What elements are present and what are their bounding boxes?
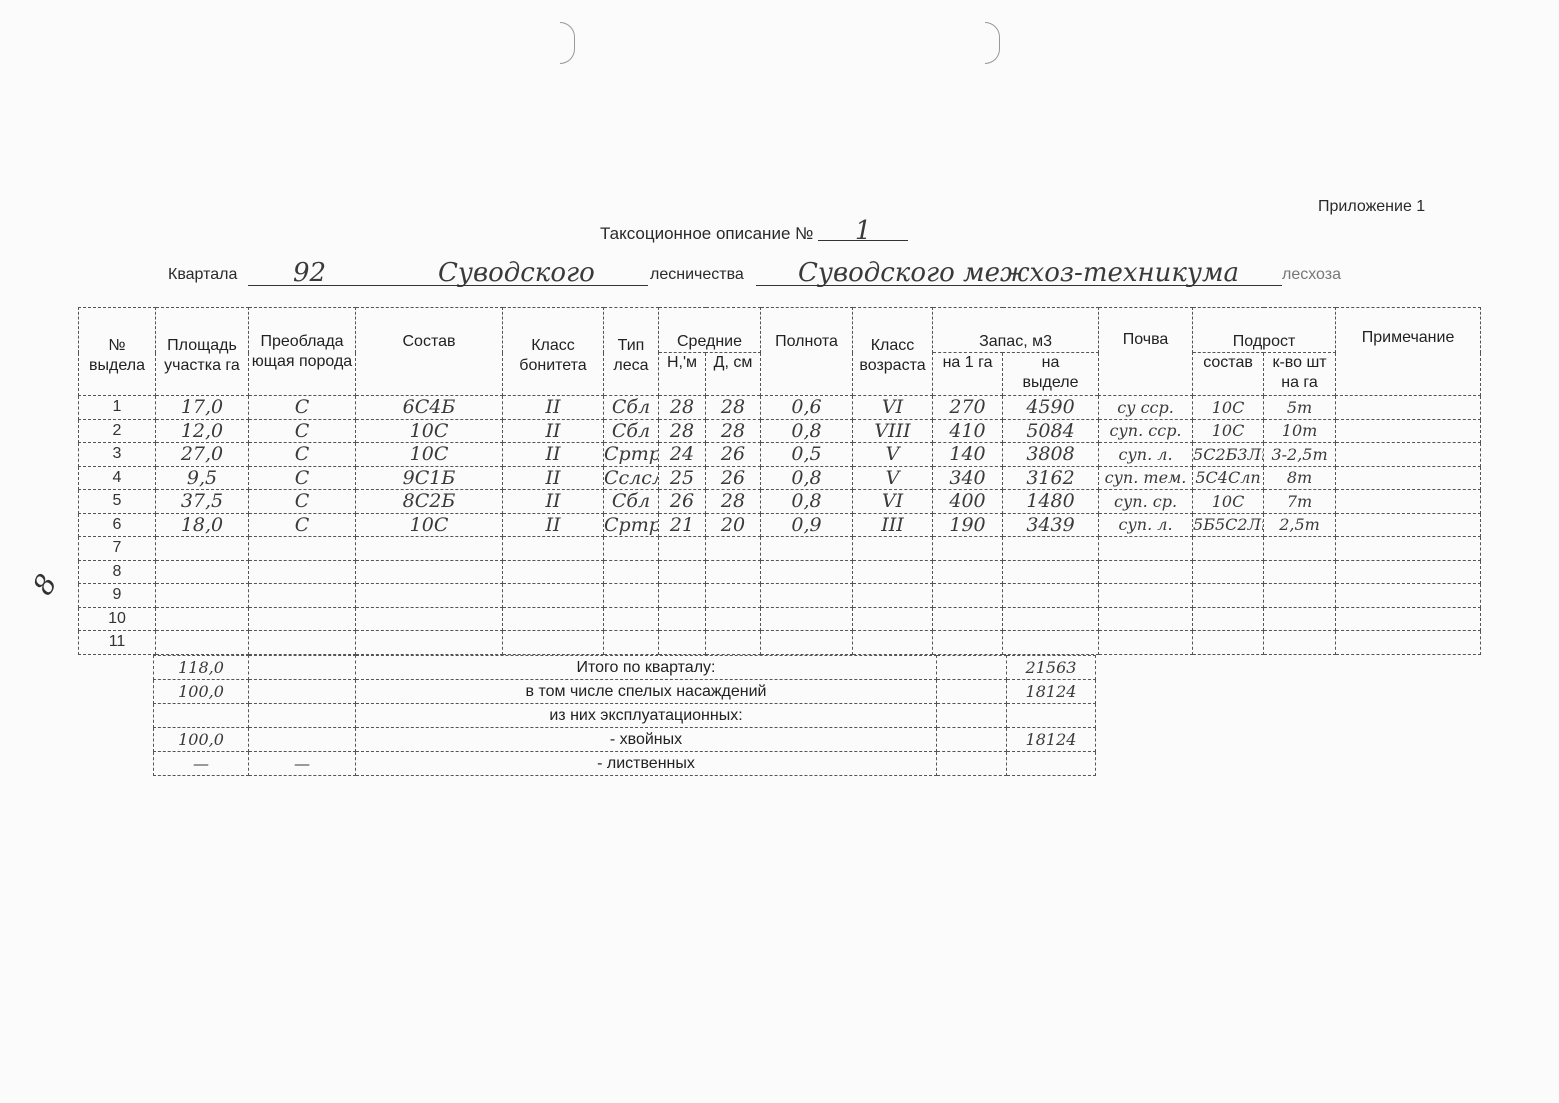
cell-forest-type (604, 560, 659, 584)
summary-stock (1007, 752, 1096, 776)
cell-diameter: 20 (706, 513, 761, 537)
cell-age-class (853, 584, 933, 608)
summary-stock: 18124 (1007, 680, 1096, 704)
header-ug-composition: состав (1193, 353, 1264, 396)
summary-blank (937, 656, 1007, 680)
cell-species: С (249, 513, 356, 537)
cell-density (761, 537, 853, 561)
cell-forest-type (604, 607, 659, 631)
cell-species (249, 560, 356, 584)
cell-density (761, 631, 853, 655)
cell-height (659, 560, 706, 584)
cell-vydel-number: 11 (79, 631, 156, 655)
header-averages: Средние (659, 308, 761, 353)
cell-area: 17,0 (156, 396, 249, 420)
cell-stock-per-vydel (1003, 537, 1099, 561)
kvartal-value: 92 (293, 258, 326, 288)
cell-stock-per-ha (933, 631, 1003, 655)
header-age-class: Класс возраста (853, 308, 933, 396)
table-row: 11 (79, 631, 1481, 655)
summary-label: из них эксплуатационных: (356, 704, 937, 728)
cell-note (1336, 443, 1481, 467)
cell-undergrowth-count (1264, 560, 1336, 584)
cell-soil (1099, 537, 1193, 561)
header-stock-per-vydel: на выделе (1003, 353, 1099, 396)
cell-undergrowth-composition (1193, 631, 1264, 655)
cell-height: 28 (659, 419, 706, 443)
cell-undergrowth-composition: 10С (1193, 396, 1264, 420)
summary-area: — (154, 752, 249, 776)
cell-stock-per-vydel (1003, 631, 1099, 655)
cell-density: 0,8 (761, 419, 853, 443)
punch-hole-left (560, 22, 575, 64)
cell-species (249, 584, 356, 608)
cell-area: 12,0 (156, 419, 249, 443)
summary-row: из них эксплуатационных: (154, 704, 1096, 728)
cell-vydel-number: 6 (79, 513, 156, 537)
cell-undergrowth-composition: 10С (1193, 490, 1264, 514)
cell-area (156, 560, 249, 584)
summary-label: - хвойных (356, 728, 937, 752)
cell-bonitet: II (503, 466, 604, 490)
summary-area: 100,0 (154, 728, 249, 752)
cell-vydel-number: 8 (79, 560, 156, 584)
cell-stock-per-vydel: 1480 (1003, 490, 1099, 514)
cell-diameter (706, 537, 761, 561)
summary-col2 (249, 728, 356, 752)
cell-stock-per-ha: 190 (933, 513, 1003, 537)
cell-bonitet: II (503, 490, 604, 514)
punch-hole-right (985, 22, 1000, 64)
cell-soil: су сср. (1099, 396, 1193, 420)
cell-vydel-number: 5 (79, 490, 156, 514)
summary-col2 (249, 656, 356, 680)
table-row: 49,5С9С1БIIСслсл25260,8V3403162суп. тем.… (79, 466, 1481, 490)
cell-bonitet: II (503, 513, 604, 537)
cell-stock-per-ha (933, 537, 1003, 561)
cell-soil: суп. л. (1099, 513, 1193, 537)
cell-stock-per-ha: 340 (933, 466, 1003, 490)
table-row: 7 (79, 537, 1481, 561)
summary-row: 118,0Итого по кварталу:21563 (154, 656, 1096, 680)
summary-table: 118,0Итого по кварталу:21563100,0в том ч… (153, 655, 1096, 776)
summary-col2: — (249, 752, 356, 776)
cell-species: С (249, 419, 356, 443)
cell-forest-type (604, 631, 659, 655)
summary-label: в том числе спелых насаждений (356, 680, 937, 704)
cell-area (156, 631, 249, 655)
cell-species: С (249, 490, 356, 514)
subtitle-row: Квартала 92 Суводского лесничества Сувод… (168, 258, 1368, 288)
summary-row: 100,0- хвойных18124 (154, 728, 1096, 752)
kvartal-underline (248, 285, 648, 286)
cell-diameter: 28 (706, 396, 761, 420)
cell-stock-per-vydel (1003, 584, 1099, 608)
cell-area (156, 537, 249, 561)
summary-area (154, 704, 249, 728)
cell-diameter: 28 (706, 490, 761, 514)
cell-area (156, 607, 249, 631)
cell-stock-per-vydel (1003, 607, 1099, 631)
cell-species (249, 537, 356, 561)
cell-diameter (706, 607, 761, 631)
cell-stock-per-vydel (1003, 560, 1099, 584)
cell-note (1336, 584, 1481, 608)
header-soil: Почва (1099, 308, 1193, 396)
cell-undergrowth-composition (1193, 560, 1264, 584)
cell-area: 27,0 (156, 443, 249, 467)
cell-diameter (706, 584, 761, 608)
cell-bonitet (503, 631, 604, 655)
cell-species: С (249, 466, 356, 490)
summary-area: 100,0 (154, 680, 249, 704)
cell-undergrowth-composition (1193, 607, 1264, 631)
cell-height (659, 607, 706, 631)
cell-note (1336, 419, 1481, 443)
cell-composition: 6С4Б (356, 396, 503, 420)
cell-note (1336, 631, 1481, 655)
cell-bonitet: II (503, 396, 604, 420)
cell-density (761, 584, 853, 608)
cell-forest-type: Сбл (604, 419, 659, 443)
cell-stock-per-vydel: 5084 (1003, 419, 1099, 443)
cell-soil: суп. л. (1099, 443, 1193, 467)
summary-row: 100,0в том числе спелых насаждений18124 (154, 680, 1096, 704)
cell-age-class: VIII (853, 419, 933, 443)
cell-bonitet (503, 537, 604, 561)
leskhoz-underline (756, 285, 1282, 286)
title-number: 1 (818, 222, 908, 241)
cell-density: 0,9 (761, 513, 853, 537)
cell-height (659, 537, 706, 561)
cell-undergrowth-count: 10т (1264, 419, 1336, 443)
cell-soil: суп. тем. (1099, 466, 1193, 490)
cell-undergrowth-count (1264, 584, 1336, 608)
header-note: Примечание (1336, 308, 1481, 396)
cell-composition (356, 631, 503, 655)
header-height: Н,'м (659, 353, 706, 396)
cell-composition: 10С (356, 419, 503, 443)
margin-mark: 8 (26, 569, 63, 601)
cell-composition (356, 560, 503, 584)
cell-undergrowth-count: 3-2,5т (1264, 443, 1336, 467)
cell-height: 25 (659, 466, 706, 490)
cell-undergrowth-count: 8т (1264, 466, 1336, 490)
cell-age-class: III (853, 513, 933, 537)
summary-blank (937, 752, 1007, 776)
cell-stock-per-ha: 140 (933, 443, 1003, 467)
cell-stock-per-vydel: 3808 (1003, 443, 1099, 467)
header-vydel: № выдела (79, 308, 156, 396)
cell-vydel-number: 9 (79, 584, 156, 608)
header-stock-per-ha: на 1 га (933, 353, 1003, 396)
cell-undergrowth-count (1264, 631, 1336, 655)
header-ug-count: к-во шт на га (1264, 353, 1336, 396)
lesnichestvo-value: Суводского (438, 258, 595, 288)
cell-stock-per-ha (933, 584, 1003, 608)
cell-undergrowth-composition (1193, 584, 1264, 608)
cell-soil (1099, 560, 1193, 584)
cell-height: 28 (659, 396, 706, 420)
cell-age-class: V (853, 466, 933, 490)
cell-forest-type: Сбл (604, 490, 659, 514)
table-row: 117,0С6С4БIIСбл28280,6VI2704590су сср.10… (79, 396, 1481, 420)
summary-stock (1007, 704, 1096, 728)
cell-composition: 8С2Б (356, 490, 503, 514)
cell-forest-type (604, 584, 659, 608)
cell-undergrowth-composition (1193, 537, 1264, 561)
summary-stock: 18124 (1007, 728, 1096, 752)
cell-soil (1099, 607, 1193, 631)
cell-diameter (706, 631, 761, 655)
cell-bonitet (503, 584, 604, 608)
table-row: 10 (79, 607, 1481, 631)
cell-undergrowth-count: 5т (1264, 396, 1336, 420)
document-title: Таксоционное описание № 1 (600, 222, 908, 244)
cell-soil: суп. сср. (1099, 419, 1193, 443)
leskhoz-label: лесхоза (1282, 266, 1341, 284)
cell-stock-per-ha: 270 (933, 396, 1003, 420)
cell-note (1336, 396, 1481, 420)
cell-composition (356, 607, 503, 631)
cell-age-class (853, 537, 933, 561)
summary-col2 (249, 704, 356, 728)
cell-area: 37,5 (156, 490, 249, 514)
summary-blank (937, 704, 1007, 728)
cell-diameter: 26 (706, 443, 761, 467)
cell-species (249, 607, 356, 631)
summary-label: Итого по кварталу: (356, 656, 937, 680)
cell-soil (1099, 631, 1193, 655)
cell-height: 26 (659, 490, 706, 514)
summary-area: 118,0 (154, 656, 249, 680)
cell-density: 0,6 (761, 396, 853, 420)
cell-vydel-number: 1 (79, 396, 156, 420)
cell-age-class (853, 631, 933, 655)
appendix-label: Приложение 1 (1318, 198, 1425, 216)
cell-species (249, 631, 356, 655)
cell-vydel-number: 10 (79, 607, 156, 631)
table-row: 327,0С10СIIСртр.24260,5V1403808суп. л.5С… (79, 443, 1481, 467)
cell-stock-per-ha (933, 560, 1003, 584)
header-composition: Состав (356, 308, 503, 396)
cell-height: 24 (659, 443, 706, 467)
cell-stock-per-ha: 400 (933, 490, 1003, 514)
cell-bonitet: II (503, 419, 604, 443)
summary-blank (937, 680, 1007, 704)
cell-bonitet: II (503, 443, 604, 467)
cell-density (761, 560, 853, 584)
header-diameter: Д, см (706, 353, 761, 396)
kvartal-label: Квартала (168, 266, 237, 284)
leskhoz-value: Суводского межхоз-техникума (798, 258, 1239, 288)
cell-undergrowth-composition: 5С4Слп (1193, 466, 1264, 490)
cell-stock-per-ha (933, 607, 1003, 631)
cell-soil: суп. ср. (1099, 490, 1193, 514)
cell-density: 0,8 (761, 490, 853, 514)
cell-density: 0,5 (761, 443, 853, 467)
cell-note (1336, 490, 1481, 514)
cell-height: 21 (659, 513, 706, 537)
cell-note (1336, 466, 1481, 490)
cell-composition: 10С (356, 443, 503, 467)
cell-stock-per-vydel: 3439 (1003, 513, 1099, 537)
cell-bonitet (503, 560, 604, 584)
header-bonitet: Класс бонитета (503, 308, 604, 396)
summary-stock: 21563 (1007, 656, 1096, 680)
table-row: 618,0С10СIIСртр21200,9III1903439суп. л.5… (79, 513, 1481, 537)
cell-species: С (249, 396, 356, 420)
header-forest-type: Тип леса (604, 308, 659, 396)
cell-age-class: V (853, 443, 933, 467)
table-row: 9 (79, 584, 1481, 608)
cell-area: 9,5 (156, 466, 249, 490)
cell-undergrowth-composition: 5Б5С2Лп (1193, 513, 1264, 537)
cell-species: С (249, 443, 356, 467)
header-species: Преоблада ющая порода (249, 308, 356, 396)
cell-note (1336, 607, 1481, 631)
lesnichestvo-label: лесничества (650, 266, 744, 284)
cell-composition: 9С1Б (356, 466, 503, 490)
table-row: 212,0С10СIIСбл28280,8VIII4105084суп. сср… (79, 419, 1481, 443)
cell-stock-per-ha: 410 (933, 419, 1003, 443)
cell-undergrowth-count (1264, 607, 1336, 631)
cell-undergrowth-composition: 10С (1193, 419, 1264, 443)
cell-forest-type: Сбл (604, 396, 659, 420)
cell-diameter: 28 (706, 419, 761, 443)
cell-height (659, 584, 706, 608)
cell-vydel-number: 3 (79, 443, 156, 467)
title-label: Таксоционное описание № (600, 224, 813, 243)
summary-blank (937, 728, 1007, 752)
header-stock: Запас, м3 (933, 308, 1099, 353)
summary-label: - лиственных (356, 752, 937, 776)
header-area: Площадь участка га (156, 308, 249, 396)
cell-age-class (853, 607, 933, 631)
cell-bonitet (503, 607, 604, 631)
cell-age-class: VI (853, 490, 933, 514)
cell-area (156, 584, 249, 608)
cell-diameter: 26 (706, 466, 761, 490)
cell-soil (1099, 584, 1193, 608)
cell-forest-type: Сслсл (604, 466, 659, 490)
cell-stock-per-vydel: 3162 (1003, 466, 1099, 490)
table-row: 537,5С8С2БIIСбл26280,8VI4001480суп. ср.1… (79, 490, 1481, 514)
cell-forest-type: Сртр. (604, 443, 659, 467)
cell-diameter (706, 560, 761, 584)
cell-vydel-number: 4 (79, 466, 156, 490)
header-density: Полнота (761, 308, 853, 396)
cell-age-class: VI (853, 396, 933, 420)
cell-age-class (853, 560, 933, 584)
cell-undergrowth-count: 7т (1264, 490, 1336, 514)
cell-height (659, 631, 706, 655)
cell-density (761, 607, 853, 631)
cell-vydel-number: 2 (79, 419, 156, 443)
cell-undergrowth-composition: 5С2Б3Лп (1193, 443, 1264, 467)
cell-composition: 10С (356, 513, 503, 537)
summary-col2 (249, 680, 356, 704)
cell-forest-type: Сртр (604, 513, 659, 537)
cell-density: 0,8 (761, 466, 853, 490)
header-undergrowth: Подрост (1193, 308, 1336, 353)
cell-vydel-number: 7 (79, 537, 156, 561)
cell-note (1336, 560, 1481, 584)
table-row: 8 (79, 560, 1481, 584)
cell-stock-per-vydel: 4590 (1003, 396, 1099, 420)
taxation-table: № выдела Площадь участка га Преоблада ющ… (78, 307, 1481, 655)
cell-note (1336, 537, 1481, 561)
cell-composition (356, 537, 503, 561)
cell-note (1336, 513, 1481, 537)
cell-area: 18,0 (156, 513, 249, 537)
cell-forest-type (604, 537, 659, 561)
cell-undergrowth-count (1264, 537, 1336, 561)
cell-undergrowth-count: 2,5т (1264, 513, 1336, 537)
summary-row: ——- лиственных (154, 752, 1096, 776)
cell-composition (356, 584, 503, 608)
